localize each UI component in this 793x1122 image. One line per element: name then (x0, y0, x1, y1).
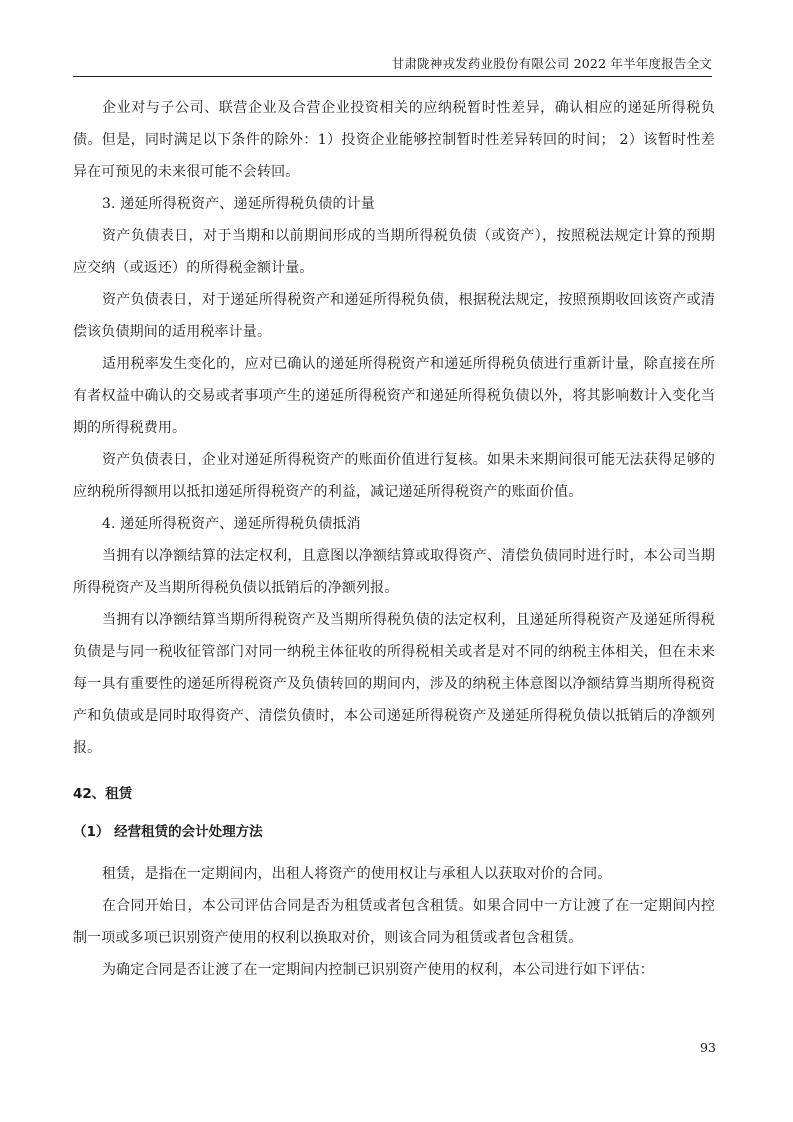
page-header: 甘肃陇神戎发药业股份有限公司 2022 年半年度报告全文 (73, 52, 712, 77)
paragraph: 企业对与子公司、联营企业及合营企业投资相关的应纳税暂时性差异，确认相应的递延所得… (73, 92, 715, 188)
paragraph: 资产负债表日，对于当期和以前期间形成的当期所得税负债（或资产），按照税法规定计算… (73, 220, 715, 284)
subsection-heading-3: 3. 递延所得税资产、递延所得税负债的计量 (73, 188, 715, 220)
paragraph: 资产负债表日，对于递延所得税资产和递延所得税负债，根据税法规定，按照预期收回该资… (73, 284, 715, 348)
section-heading-42: 42、租赁 (73, 778, 715, 810)
report-title: 甘肃陇神戎发药业股份有限公司 2022 年半年度报告全文 (392, 54, 712, 72)
section-subheading: （1） 经营租赁的会计处理方法 (73, 816, 715, 848)
paragraph: 资产负债表日，企业对递延所得税资产的账面价值进行复核。如果未来期间很可能无法获得… (73, 444, 715, 508)
page-number: 93 (700, 1040, 716, 1055)
paragraph: 为确定合同是否让渡了在一定期间内控制已识别资产使用的权利，本公司进行如下评估： (73, 954, 715, 986)
page-content: 企业对与子公司、联营企业及合营企业投资相关的应纳税暂时性差异，确认相应的递延所得… (73, 92, 715, 986)
paragraph: 适用税率发生变化的，应对已确认的递延所得税资产和递延所得税负债进行重新计量，除直… (73, 348, 715, 444)
subsection-heading-4: 4. 递延所得税资产、递延所得税负债抵消 (73, 508, 715, 540)
paragraph: 当拥有以净额结算的法定权利，且意图以净额结算或取得资产、清偿负债同时进行时，本公… (73, 540, 715, 604)
paragraph: 在合同开始日，本公司评估合同是否为租赁或者包含租赁。如果合同中一方让渡了在一定期… (73, 890, 715, 954)
paragraph: 当拥有以净额结算当期所得税资产及当期所得税负债的法定权利，且递延所得税资产及递延… (73, 604, 715, 764)
paragraph: 租赁，是指在一定期间内，出租人将资产的使用权让与承租人以获取对价的合同。 (73, 858, 715, 890)
